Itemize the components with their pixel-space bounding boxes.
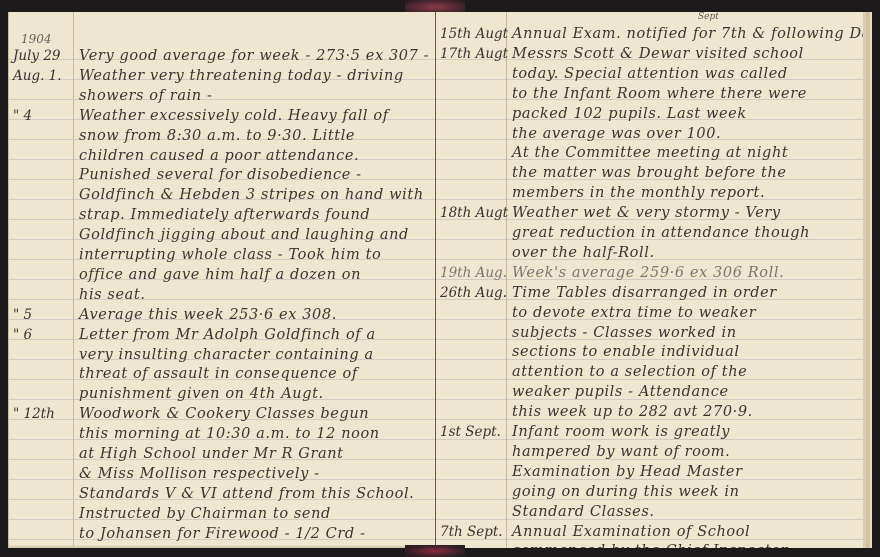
log-line: July 29Very good average for week - 273·… xyxy=(9,46,436,66)
entry-date: 15th Augt xyxy=(440,24,500,44)
log-line: to Johansen for Firewood - 1/2 Crd - xyxy=(9,524,436,544)
entry-text: his seat. xyxy=(79,285,146,305)
log-line: this morning at 10:30 a.m. to 12 noon xyxy=(9,424,436,444)
log-line: At the Committee meeting at night xyxy=(436,143,863,163)
entry-text: & Miss Mollison respectively - xyxy=(79,464,320,484)
entry-date: 19th Aug. xyxy=(440,263,500,283)
log-line: 26th Aug.Time Tables disarranged in orde… xyxy=(436,283,863,303)
log-line: Standards V & VI attend from this School… xyxy=(9,484,436,504)
entry-text: going on during this week in xyxy=(512,482,740,502)
log-line: 7th Sept.Annual Examination of School xyxy=(436,522,863,542)
entry-text: snow from 8:30 a.m. to 9·30. Little xyxy=(79,126,355,146)
entry-text: to devote extra time to weaker xyxy=(512,303,756,323)
entry-date: July 29 xyxy=(13,46,73,66)
entry-text: Time Tables disarranged in order xyxy=(512,283,777,303)
entry-text: Punished several for disobedience - xyxy=(79,165,362,185)
log-line: " 4Weather excessively cold. Heavy fall … xyxy=(9,106,436,126)
log-line: Average for week 276·4 ex 304. xyxy=(9,544,436,549)
left-page: 1904 July 29Very good average for week -… xyxy=(8,12,436,548)
entry-text: Goldfinch jigging about and laughing and xyxy=(79,225,409,245)
entry-date: 18th Augt xyxy=(440,203,500,223)
entry-text: hampered by want of room. xyxy=(512,442,730,462)
entry-date: 1st Sept. xyxy=(440,422,500,442)
entry-text: punishment given on 4th Augt. xyxy=(79,384,324,404)
log-line: punishment given on 4th Augt. xyxy=(9,384,436,404)
entry-text: the average was over 100. xyxy=(512,124,721,144)
entry-date: 26th Aug. xyxy=(440,283,500,303)
log-line: showers of rain - xyxy=(9,86,436,106)
log-line: great reduction in attendance though xyxy=(436,223,863,243)
log-line: " 12thWoodwork & Cookery Classes begun xyxy=(9,404,436,424)
entry-text: Annual Exam. notified for 7th & followin… xyxy=(512,24,866,44)
entry-text: great reduction in attendance though xyxy=(512,223,810,243)
entry-text: office and gave him half a dozen on xyxy=(79,265,361,285)
entry-text: weaker pupils - Attendance xyxy=(512,382,729,402)
log-line: children caused a poor attendance. xyxy=(9,146,436,166)
entry-text: the matter was brought before the xyxy=(512,163,787,183)
log-line: weaker pupils - Attendance xyxy=(436,382,863,402)
entry-text: at High School under Mr R Grant xyxy=(79,444,344,464)
log-line: very insulting character containing a xyxy=(9,345,436,365)
log-line: " 6Letter from Mr Adolph Goldfinch of a xyxy=(9,325,436,345)
log-line: Standard Classes. xyxy=(436,502,863,522)
entry-text: Average for week 276·4 ex 304. xyxy=(79,544,330,549)
entry-text: attention to a selection of the xyxy=(512,362,747,382)
entry-text: Weather excessively cold. Heavy fall of xyxy=(79,106,389,126)
log-line: to devote extra time to weaker xyxy=(436,303,863,323)
log-line: strap. Immediately afterwards found xyxy=(9,205,436,225)
log-line: today. Special attention was called xyxy=(436,64,863,84)
entry-text: Standards V & VI attend from this School… xyxy=(79,484,414,504)
log-line: attention to a selection of the xyxy=(436,362,863,382)
entry-date: 7th Sept. xyxy=(440,522,500,542)
log-line: threat of assault in consequence of xyxy=(9,364,436,384)
entry-text: Very good average for week - 273·5 ex 30… xyxy=(79,46,429,66)
log-line: to the Infant Room where there were xyxy=(436,84,863,104)
log-line: 15th AugtAnnual Exam. notified for 7th &… xyxy=(436,24,863,44)
log-line: 17th AugtMessrs Scott & Dewar visited sc… xyxy=(436,44,863,64)
entry-text: over the half-Roll. xyxy=(512,243,655,263)
entry-text: strap. Immediately afterwards found xyxy=(79,205,370,225)
log-line: this week up to 282 avt 270·9. xyxy=(436,402,863,422)
log-line: 18th AugtWeather wet & very stormy - Ver… xyxy=(436,203,863,223)
log-line: Goldfinch jigging about and laughing and xyxy=(9,225,436,245)
entry-date: " 6 xyxy=(13,325,73,345)
entry-text: Weather very threatening today - driving xyxy=(79,66,404,86)
entry-text: Weather wet & very stormy - Very xyxy=(512,203,781,223)
entry-text: Examination by Head Master xyxy=(512,462,743,482)
entry-text: Goldfinch & Hebden 3 stripes on hand wit… xyxy=(79,185,424,205)
log-line: Punished several for disobedience - xyxy=(9,165,436,185)
entry-text: members in the monthly report. xyxy=(512,183,765,203)
year-heading: 1904 xyxy=(21,32,52,46)
log-line: 19th Aug.Week's average 259·6 ex 306 Rol… xyxy=(436,263,863,283)
log-line: commenced by the Chief Inspector xyxy=(436,541,863,548)
insertion-note: Sept xyxy=(698,12,719,22)
log-line: members in the monthly report. xyxy=(436,183,863,203)
entry-text: subjects - Classes worked in xyxy=(512,323,737,343)
log-line: the average was over 100. xyxy=(436,124,863,144)
entry-text: very insulting character containing a xyxy=(79,345,374,365)
entry-text: showers of rain - xyxy=(79,86,212,106)
entry-text: Woodwork & Cookery Classes begun xyxy=(79,404,369,424)
log-line: Goldfinch & Hebden 3 stripes on hand wit… xyxy=(9,185,436,205)
log-line: office and gave him half a dozen on xyxy=(9,265,436,285)
entry-text: Instructed by Chairman to send xyxy=(79,504,331,524)
log-line: " 5Average this week 253·6 ex 308. xyxy=(9,305,436,325)
log-line: packed 102 pupils. Last week xyxy=(436,104,863,124)
log-line: & Miss Mollison respectively - xyxy=(9,464,436,484)
entry-date: 17th Augt xyxy=(440,44,500,64)
entry-text: Infant room work is greatly xyxy=(512,422,730,442)
entry-text: packed 102 pupils. Last week xyxy=(512,104,747,124)
entry-text: Annual Examination of School xyxy=(512,522,750,542)
entry-text: sections to enable individual xyxy=(512,342,740,362)
entry-text: this week up to 282 avt 270·9. xyxy=(512,402,753,422)
entry-date: " 4 xyxy=(13,106,73,126)
log-line: at High School under Mr R Grant xyxy=(9,444,436,464)
log-line: subjects - Classes worked in xyxy=(436,323,863,343)
entry-text: today. Special attention was called xyxy=(512,64,788,84)
entry-text: At the Committee meeting at night xyxy=(512,143,788,163)
entry-text: this morning at 10:30 a.m. to 12 noon xyxy=(79,424,380,444)
log-line: going on during this week in xyxy=(436,482,863,502)
entry-text: to Johansen for Firewood - 1/2 Crd - xyxy=(79,524,365,544)
log-line: his seat. xyxy=(9,285,436,305)
log-line: interrupting whole class - Took him to xyxy=(9,245,436,265)
log-line: Examination by Head Master xyxy=(436,462,863,482)
entry-text: Standard Classes. xyxy=(512,502,655,522)
log-line: over the half-Roll. xyxy=(436,243,863,263)
entry-text: children caused a poor attendance. xyxy=(79,146,359,166)
entry-text: commenced by the Chief Inspector xyxy=(512,541,788,548)
log-line: 1st Sept.Infant room work is greatly xyxy=(436,422,863,442)
entry-text: interrupting whole class - Took him to xyxy=(79,245,381,265)
book-spine-bottom xyxy=(405,545,465,557)
log-line: Aug. 1.Weather very threatening today - … xyxy=(9,66,436,86)
log-line: hampered by want of room. xyxy=(436,442,863,462)
log-line: the matter was brought before the xyxy=(436,163,863,183)
right-page: Sept 15th AugtAnnual Exam. notified for … xyxy=(436,12,866,548)
entry-text: Average this week 253·6 ex 308. xyxy=(79,305,337,325)
log-line: Instructed by Chairman to send xyxy=(9,504,436,524)
log-line: snow from 8:30 a.m. to 9·30. Little xyxy=(9,126,436,146)
entry-date: " 12th xyxy=(13,404,73,424)
entry-text: to the Infant Room where there were xyxy=(512,84,807,104)
entry-text: Week's average 259·6 ex 306 Roll. xyxy=(512,263,784,283)
entry-text: threat of assault in consequence of xyxy=(79,364,358,384)
entry-text: Letter from Mr Adolph Goldfinch of a xyxy=(79,325,376,345)
entry-text: Messrs Scott & Dewar visited school xyxy=(512,44,804,64)
entry-date: Aug. 1. xyxy=(13,66,73,86)
log-line: sections to enable individual xyxy=(436,342,863,362)
entry-date: " 5 xyxy=(13,305,73,325)
